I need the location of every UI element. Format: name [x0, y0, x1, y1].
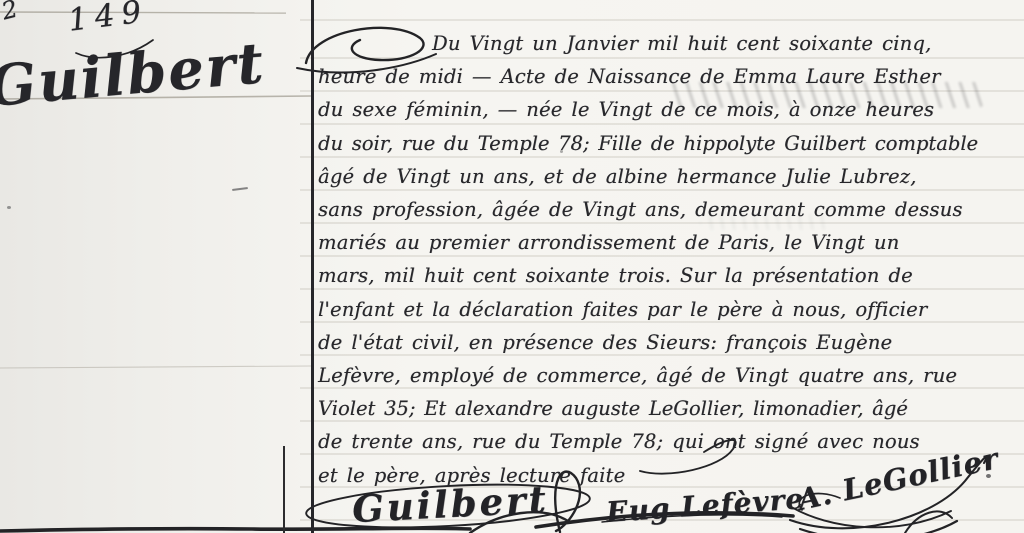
- act-text-line: mariés au premier arrondissement de Pari…: [318, 226, 1018, 259]
- act-text-line: Du Vingt un Janvier mil huit cent soixan…: [318, 27, 1018, 60]
- act-text-line: de l'état civil, en présence des Sieurs:…: [318, 326, 1018, 359]
- act-text-block: Du Vingt un Janvier mil huit cent soixan…: [318, 27, 1018, 492]
- act-text-line: de trente ans, rue du Temple 78; qui ont…: [318, 425, 1018, 458]
- act-text-line: Lefèvre, employé de commerce, âgé de Vin…: [318, 359, 1018, 392]
- secondary-margin-rule: [283, 446, 285, 533]
- act-text-line: l'enfant et la déclaration faites par le…: [318, 293, 1018, 326]
- act-text-line: du sexe féminin, — née le Vingt de ce mo…: [318, 93, 1018, 126]
- act-text-line: Violet 35; Et alexandre auguste LeGollie…: [318, 392, 1018, 425]
- act-text-line: mars, mil huit cent soixante trois. Sur …: [318, 259, 1018, 292]
- act-text-line: heure de midi — Acte de Naissance de Emm…: [318, 60, 1018, 93]
- act-text-line: du soir, rue du Temple 78; Fille de hipp…: [318, 127, 1018, 160]
- margin-ruled-line: [0, 366, 311, 368]
- act-text-line: âgé de Vingt un ans, et de albine herman…: [318, 160, 1018, 193]
- act-text-line: sans profession, âgée de Vingt ans, deme…: [318, 193, 1018, 226]
- margin-divider-rule: [311, 0, 314, 533]
- register-page-scan: 2 149 Guilbert Du Vingt un Janvier mil h…: [0, 0, 1024, 533]
